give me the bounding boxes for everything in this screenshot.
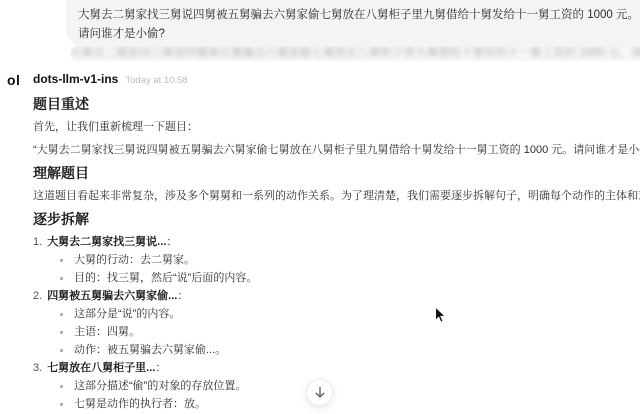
step-head: 2.四舅被五舅骗去六舅家偷...： [33, 287, 637, 305]
user-message-bubble: 大舅去二舅家找三舅说四舅被五舅骗去六舅家偷七舅放在八舅柜子里九舅借给十舅发给十一… [66, 0, 640, 46]
step-title: 四舅被五舅骗去六舅家偷... [47, 290, 177, 302]
sub-bullet: 动作：被五舅骗去六舅家偷...。 [33, 341, 637, 359]
step-title: 七舅放在八舅柜子里... [47, 362, 155, 374]
step-number: 3. [33, 362, 42, 374]
steps-list: 1.大舅去二舅家找三舅说...： 大舅的行动：去二舅家。 目的：找三舅，然后“说… [33, 233, 637, 413]
sub-bullet: 七舅是动作的执行者：放。 [33, 395, 637, 413]
user-message-text: 大舅去二舅家找三舅说四舅被五舅骗去六舅家偷七舅放在八舅柜子里九舅借给十舅发给十一… [78, 6, 640, 44]
step-head: 3.七舅放在八舅柜子里...： [33, 359, 637, 377]
sub-bullet: 主语：四舅。 [33, 323, 637, 341]
step-title: 大舅去二舅家找三舅说... [47, 236, 166, 248]
step-head: 1.大舅去二舅家找三舅说...： [33, 233, 637, 251]
model-name: dots-llm-v1-ins [33, 72, 118, 86]
step-number: 2. [33, 290, 42, 302]
ghost-message-text: 大舅去二舅家找三舅说四舅被五舅骗去六舅家偷七舅放在八舅柜子里九舅借给十舅发给十一… [70, 46, 640, 61]
heading-understand: 理解题目 [33, 164, 637, 183]
understand-body: 这道题目看起来非常复杂，涉及多个舅舅和一系列的动作关系。为了理清楚，我们需要逐步… [33, 187, 637, 206]
step-item: 1.大舅去二舅家找三舅说...： 大舅的行动：去二舅家。 目的：找三舅，然后“说… [33, 233, 637, 287]
assistant-avatar: ol [7, 72, 20, 88]
sub-bullet: 这部分描述“偷”的对象的存放位置。 [33, 377, 637, 395]
scrolling-ghost-message: 大舅去二舅家找三舅说四舅被五舅骗去六舅家偷七舅放在八舅柜子里九舅借给十舅发给十一… [70, 46, 640, 61]
mouse-cursor-icon [434, 306, 447, 329]
heading-restate: 题目重述 [33, 95, 637, 114]
step-item: 3.七舅放在八舅柜子里...： 这部分描述“偷”的对象的存放位置。 七舅是动作的… [33, 359, 637, 413]
step-suffix: ： [177, 290, 188, 302]
sub-bullet: 大舅的行动：去二舅家。 [33, 251, 637, 269]
sub-bullet: 这部分是“说”的内容。 [33, 305, 637, 323]
step-suffix: ： [166, 236, 177, 248]
sub-bullet: 目的：找三舅，然后“说”后面的内容。 [33, 269, 637, 287]
restate-intro: 首先，让我们重新梳理一下题目： [33, 118, 637, 137]
restate-quote: “大舅去二舅家找三舅说四舅被五舅骗去六舅家偷七舅放在八舅柜子里九舅借给十舅发给十… [33, 141, 637, 160]
assistant-message-content: 题目重述 首先，让我们重新梳理一下题目： “大舅去二舅家找三舅说四舅被五舅骗去六… [33, 95, 637, 413]
heading-steps: 逐步拆解 [33, 210, 637, 229]
step-suffix: ： [155, 362, 166, 374]
step-sub-bullets: 这部分是“说”的内容。 主语：四舅。 动作：被五舅骗去六舅家偷...。 [33, 305, 637, 359]
step-item: 2.四舅被五舅骗去六舅家偷...： 这部分是“说”的内容。 主语：四舅。 动作：… [33, 287, 637, 359]
message-timestamp: Today at 10:58 [125, 75, 187, 86]
step-sub-bullets: 大舅的行动：去二舅家。 目的：找三舅，然后“说”后面的内容。 [33, 251, 637, 287]
step-sub-bullets: 这部分描述“偷”的对象的存放位置。 七舅是动作的执行者：放。 [33, 377, 637, 413]
scroll-to-bottom-button[interactable] [306, 379, 333, 406]
arrow-down-icon [314, 386, 326, 399]
step-number: 1. [33, 236, 42, 248]
assistant-message-header: dots-llm-v1-ins Today at 10:58 [33, 72, 188, 86]
chat-window: 大舅去二舅家找三舅说四舅被五舅骗去六舅家偷七舅放在八舅柜子里九舅借给十舅发给十一… [0, 0, 640, 414]
